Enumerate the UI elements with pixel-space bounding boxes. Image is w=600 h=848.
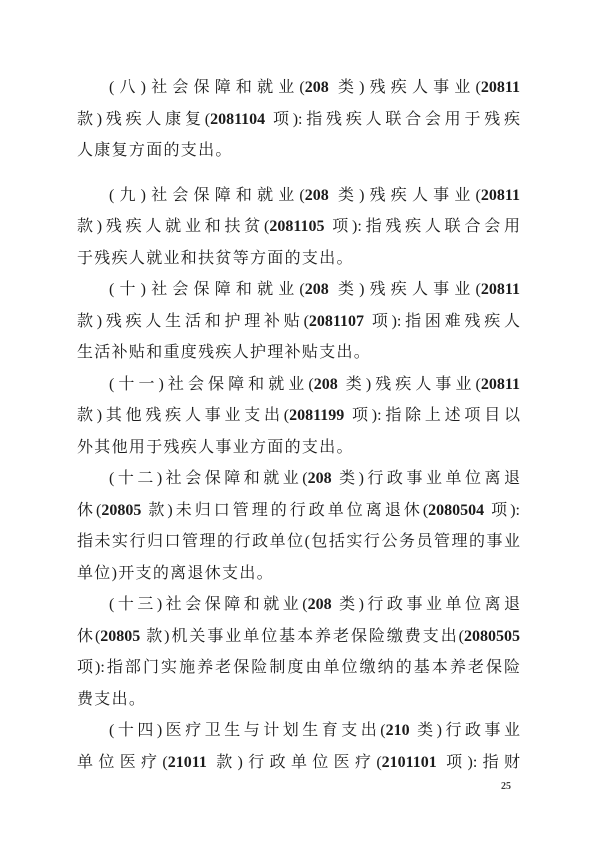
text-line: 于残疾人就业和扶贫等方面的支出。 [77,243,520,275]
text-run: (九)社会保障和就业( [109,187,305,204]
text-line: 人康复方面的支出。 [77,135,520,167]
text-run: (八)社会保障和就业( [109,79,305,96]
budget-code-number: 208 [305,281,329,298]
text-run: 指未实行归口管理的行政单位(包括实行公务员管理的事业 [77,533,520,550]
budget-code-number: 20811 [481,281,520,298]
text-run: (十一)社会保障和就业( [109,376,314,393]
text-line: (十)社会保障和就业(208 类)残疾人事业(20811 [77,274,520,306]
text-run: (十二)社会保障和就业( [109,470,308,487]
text-run: 项):指财 [437,754,520,771]
text-line: 休(20805 款)未归口管理的行政单位离退休(2080504 项): [77,495,520,527]
budget-code-number: 20811 [481,79,520,96]
paragraph: (十四)医疗卫生与计划生育支出(210 类)行政事业单位医疗(21011 款)行… [77,715,520,778]
paragraph: (十一)社会保障和就业(208 类)残疾人事业(20811款)其他残疾人事业支出… [77,369,520,464]
text-run: 款)残疾人康复( [77,111,210,128]
text-line: 生活补贴和重度残疾人护理补贴支出。 [77,337,520,369]
document-page: (八)社会保障和就业(208 类)残疾人事业(20811款)残疾人康复(2081… [0,0,600,848]
text-run: 项):指残疾人联合会用 [325,218,521,235]
paragraph: (十二)社会保障和就业(208 类)行政事业单位离退休(20805 款)未归口管… [77,463,520,589]
text-line: 款)其他残疾人事业支出(2081199 项):指除上述项目以 [77,400,520,432]
text-line: 款)残疾人生活和护理补贴(2081107 项):指困难残疾人 [77,306,520,338]
budget-code-number: 2080504 [428,502,484,519]
text-line: 单位医疗(21011 款)行政单位医疗(2101101 项):指财 [77,747,520,779]
text-run: 类)残疾人事业( [329,79,481,96]
text-line: 外其他用于残疾人事业方面的支出。 [77,432,520,464]
text-run: 类)行政事业单位离退 [332,596,520,613]
budget-code-number: 208 [308,470,332,487]
text-run: (十四)医疗卫生与计划生育支出( [109,722,386,739]
text-run: 款)未归口管理的行政单位离退休( [141,502,428,519]
text-run: 类)行政事业 [410,722,520,739]
text-run: 款)残疾人生活和护理补贴( [77,313,309,330]
text-line: (十二)社会保障和就业(208 类)行政事业单位离退 [77,463,520,495]
paragraph: (九)社会保障和就业(208 类)残疾人事业(20811款)残疾人就业和扶贫(2… [77,180,520,275]
text-run: 项): [484,502,520,519]
budget-code-number: 208 [305,79,329,96]
budget-code-number: 2081105 [269,218,324,235]
text-run: 类)残疾人事业( [329,281,481,298]
budget-code-number: 208 [314,376,338,393]
text-line: (十一)社会保障和就业(208 类)残疾人事业(20811 [77,369,520,401]
budget-code-number: 2081199 [289,407,344,424]
text-line: 休(20805 款)机关事业单位基本养老保险缴费支出(2080505 [77,621,520,653]
text-run: (十)社会保障和就业( [109,281,305,298]
text-run: 外其他用于残疾人事业方面的支出。 [77,439,354,456]
budget-code-number: 20811 [481,187,520,204]
text-run: 类)残疾人事业( [338,376,481,393]
paragraph: (十三)社会保障和就业(208 类)行政事业单位离退休(20805 款)机关事业… [77,589,520,715]
text-line: 项):指部门实施养老保险制度由单位缴纳的基本养老保险 [77,652,520,684]
text-run: 项):指困难残疾人 [364,313,520,330]
budget-code-number: 208 [305,187,329,204]
page-number: 25 [501,781,511,792]
text-run: 款)行政单位医疗( [207,754,382,771]
text-line: 单位)开支的离退休支出。 [77,558,520,590]
budget-code-number: 210 [386,722,410,739]
text-run: 款)残疾人就业和扶贫( [77,218,269,235]
text-run: 项):指残疾人联合会用于残疾 [265,111,520,128]
text-line: 款)残疾人康复(2081104 项):指残疾人联合会用于残疾 [77,104,520,136]
text-run: 项):指部门实施养老保险制度由单位缴纳的基本养老保险 [77,659,520,676]
text-run: 款)其他残疾人事业支出( [77,407,289,424]
text-run: 休( [77,502,101,519]
text-run: 款)机关事业单位基本养老保险缴费支出( [140,628,464,645]
text-run: 类)残疾人事业( [329,187,481,204]
text-run: 费支出。 [77,691,146,708]
document-body: (八)社会保障和就业(208 类)残疾人事业(20811款)残疾人康复(2081… [77,72,520,778]
budget-code-number: 2101101 [382,754,437,771]
text-line: (九)社会保障和就业(208 类)残疾人事业(20811 [77,180,520,212]
text-line: (八)社会保障和就业(208 类)残疾人事业(20811 [77,72,520,104]
text-line: (十四)医疗卫生与计划生育支出(210 类)行政事业 [77,715,520,747]
text-run: 项):指除上述项目以 [344,407,520,424]
text-line: 指未实行归口管理的行政单位(包括实行公务员管理的事业 [77,526,520,558]
text-run: 单位)开支的离退休支出。 [77,565,274,582]
text-run: 于残疾人就业和扶贫等方面的支出。 [77,250,354,267]
budget-code-number: 208 [308,596,332,613]
text-run: 休( [77,628,100,645]
budget-code-number: 2081107 [309,313,364,330]
paragraph: (八)社会保障和就业(208 类)残疾人事业(20811款)残疾人康复(2081… [77,72,520,167]
text-run: 生活补贴和重度残疾人护理补贴支出。 [77,344,371,361]
budget-code-number: 20805 [101,502,141,519]
text-line: 款)残疾人就业和扶贫(2081105 项):指残疾人联合会用 [77,211,520,243]
budget-code-number: 20811 [481,376,520,393]
paragraph: (十)社会保障和就业(208 类)残疾人事业(20811款)残疾人生活和护理补贴… [77,274,520,369]
budget-code-number: 2081104 [210,111,265,128]
budget-code-number: 2080505 [464,628,520,645]
text-run: 人康复方面的支出。 [77,142,233,159]
text-run: 单位医疗( [77,754,168,771]
budget-code-number: 20805 [100,628,140,645]
text-run: (十三)社会保障和就业( [109,596,308,613]
text-line: 费支出。 [77,684,520,716]
text-run: 类)行政事业单位离退 [332,470,520,487]
budget-code-number: 21011 [168,754,207,771]
text-line: (十三)社会保障和就业(208 类)行政事业单位离退 [77,589,520,621]
